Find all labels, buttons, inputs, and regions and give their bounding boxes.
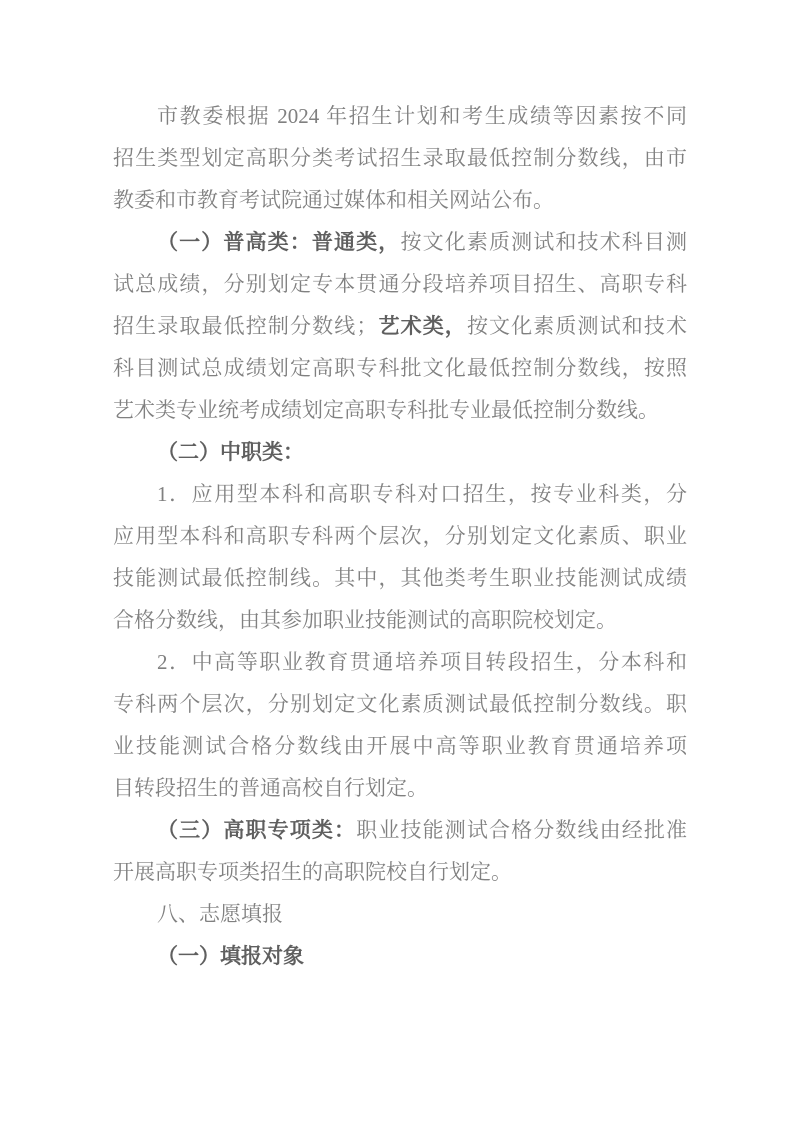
- text-line: 教委和市教育考试院通过媒体和相关网站公布。: [113, 179, 687, 221]
- text-segment: 按文化素质测试和技术: [467, 314, 687, 338]
- text-segment: 专科两个层次，分别划定文化素质测试最低控制分数线。职: [113, 692, 687, 716]
- document-body: 市教委根据 2024 年招生计划和考生成绩等因素按不同招生类型划定高职分类考试招…: [113, 95, 687, 977]
- text-segment: 开展高职专项类招生的高职院校自行划定。: [113, 860, 512, 884]
- text-segment: 技能测试最低控制线。其中，其他类考生职业技能测试成绩: [113, 566, 687, 590]
- text-line: 技能测试最低控制线。其中，其他类考生职业技能测试成绩: [113, 557, 687, 599]
- text-line: 专科两个层次，分别划定文化素质测试最低控制分数线。职: [113, 683, 687, 725]
- bold-text-segment: （一）普高类：普通类，: [157, 230, 400, 254]
- text-segment: 科目测试总成绩划定高职专科批文化最低控制分数线，按照: [113, 356, 687, 380]
- text-line: 艺术类专业统考成绩划定高职专科批专业最低控制分数线。: [113, 389, 687, 431]
- text-line: （三）高职专项类：职业技能测试合格分数线由经批准: [113, 809, 687, 851]
- text-segment: 八、志愿填报: [157, 902, 283, 926]
- text-segment: 招生类型划定高职分类考试招生录取最低控制分数线，由市: [113, 146, 687, 170]
- text-line: 1．应用型本科和高职专科对口招生，按专业科类，分: [113, 473, 687, 515]
- text-segment: 试总成绩，分别划定专本贯通分段培养项目招生、高职专科: [113, 272, 687, 296]
- text-line: 合格分数线，由其参加职业技能测试的高职院校划定。: [113, 599, 687, 641]
- text-line: （二）中职类：: [113, 431, 687, 473]
- text-line: 招生类型划定高职分类考试招生录取最低控制分数线，由市: [113, 137, 687, 179]
- text-segment: 市教委根据 2024 年招生计划和考生成绩等因素按不同: [157, 104, 687, 128]
- text-segment: 应用型本科和高职专科两个层次，分别划定文化素质、职业: [113, 524, 687, 548]
- text-segment: 职业技能测试合格分数线由经批准: [356, 818, 687, 842]
- bold-text-segment: （二）中职类：: [157, 440, 304, 464]
- text-segment: 按文化素质测试和技术科目测: [400, 230, 687, 254]
- text-line: （一）普高类：普通类，按文化素质测试和技术科目测: [113, 221, 687, 263]
- text-segment: 教委和市教育考试院通过媒体和相关网站公布。: [113, 188, 554, 212]
- bold-text-segment: （三）高职专项类：: [157, 818, 356, 842]
- text-segment: 艺术类专业统考成绩划定高职专科批专业最低控制分数线。: [113, 398, 659, 422]
- text-line: 目转段招生的普通高校自行划定。: [113, 767, 687, 809]
- text-line: 试总成绩，分别划定专本贯通分段培养项目招生、高职专科: [113, 263, 687, 305]
- text-line: 市教委根据 2024 年招生计划和考生成绩等因素按不同: [113, 95, 687, 137]
- bold-text-segment: （一）填报对象: [157, 944, 304, 968]
- text-line: 开展高职专项类招生的高职院校自行划定。: [113, 851, 687, 893]
- document-page: 市教委根据 2024 年招生计划和考生成绩等因素按不同招生类型划定高职分类考试招…: [0, 0, 794, 1122]
- text-line: 业技能测试合格分数线由开展中高等职业教育贯通培养项: [113, 725, 687, 767]
- text-line: （一）填报对象: [113, 935, 687, 977]
- text-line: 招生录取最低控制分数线；艺术类，按文化素质测试和技术: [113, 305, 687, 347]
- text-line: 应用型本科和高职专科两个层次，分别划定文化素质、职业: [113, 515, 687, 557]
- text-segment: 目转段招生的普通高校自行划定。: [113, 776, 428, 800]
- bold-text-segment: 艺术类，: [377, 314, 467, 338]
- text-line: 科目测试总成绩划定高职专科批文化最低控制分数线，按照: [113, 347, 687, 389]
- text-line: 八、志愿填报: [113, 893, 687, 935]
- text-segment: 1．应用型本科和高职专科对口招生，按专业科类，分: [157, 482, 687, 506]
- text-segment: 2．中高等职业教育贯通培养项目转段招生，分本科和: [157, 650, 687, 674]
- text-segment: 合格分数线，由其参加职业技能测试的高职院校划定。: [113, 608, 617, 632]
- text-segment: 业技能测试合格分数线由开展中高等职业教育贯通培养项: [113, 734, 687, 758]
- text-segment: 招生录取最低控制分数线；: [113, 314, 377, 338]
- text-line: 2．中高等职业教育贯通培养项目转段招生，分本科和: [113, 641, 687, 683]
